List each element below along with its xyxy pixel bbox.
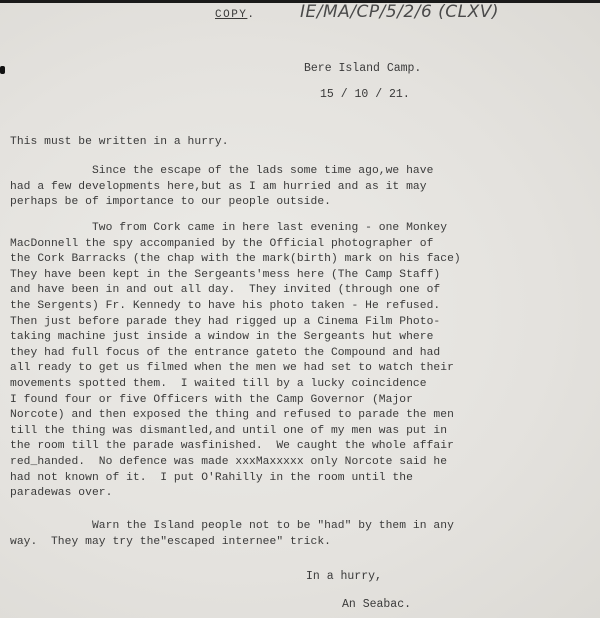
paragraph-2-line: paradewas over. [10, 487, 112, 500]
paragraph-2-line: Then just before parade they had rigged … [10, 316, 440, 329]
sender-address: Bere Island Camp. [304, 62, 421, 75]
paragraph-2-line: they had full focus of the entrance gate… [10, 347, 440, 360]
paragraph-2-line: Two from Cork came in here last evening … [10, 222, 447, 235]
copy-label: COPY [215, 9, 247, 21]
paragraph-2-line: the Sergents) Fr. Kennedy to have his ph… [10, 300, 440, 313]
paragraph-2-line: Norcote) and then exposed the thing and … [10, 409, 454, 422]
paragraph-1-line: Since the escape of the lads some time a… [10, 165, 433, 178]
paragraph-2-line: movements spotted them. I waited till by… [10, 378, 427, 391]
paragraph-2-line: till the thing was dismantled,and until … [10, 425, 447, 438]
punch-hole-mark [0, 66, 5, 74]
paragraph-2-line: I found four or five Officers with the C… [10, 394, 413, 407]
paragraph-2-line: They have been kept in the Sergeants'mes… [10, 269, 440, 282]
paragraph-2-line: MacDonnell the spy accompanied by the Of… [10, 238, 433, 251]
paragraph-2-line: red_handed. No defence was made xxxMaxxx… [10, 456, 447, 469]
opening-line: This must be written in a hurry. [10, 136, 229, 149]
letter-date: 15 / 10 / 21. [320, 88, 410, 101]
paragraph-2-line: taking machine just inside a window in t… [10, 331, 433, 344]
copy-suffix: . [247, 9, 255, 21]
paragraph-2-line: and have been in and out all day. They i… [10, 284, 440, 297]
paragraph-2-line: all ready to get us filmed when the men … [10, 362, 454, 375]
paragraph-2-line: had not known of it. I put O'Rahilly in … [10, 472, 413, 485]
paragraph-1-line: perhaps be of importance to our people o… [10, 196, 331, 209]
paragraph-2-line: the room till the parade wasfinished. We… [10, 440, 454, 453]
paragraph-3-line: Warn the Island people not to be "had" b… [10, 520, 454, 533]
valediction: In a hurry, [306, 570, 382, 583]
copy-heading: COPY. [215, 9, 256, 21]
archive-reference: IE/MA/CP/5/2/6 (CLXV) [300, 2, 499, 22]
paragraph-1-line: had a few developments here,but as I am … [10, 181, 427, 194]
signature: An Seabac. [342, 598, 411, 611]
paragraph-2-line: the Cork Barracks (the chap with the mar… [10, 253, 461, 266]
paragraph-3-line: way. They may try the"escaped internee" … [10, 536, 331, 549]
